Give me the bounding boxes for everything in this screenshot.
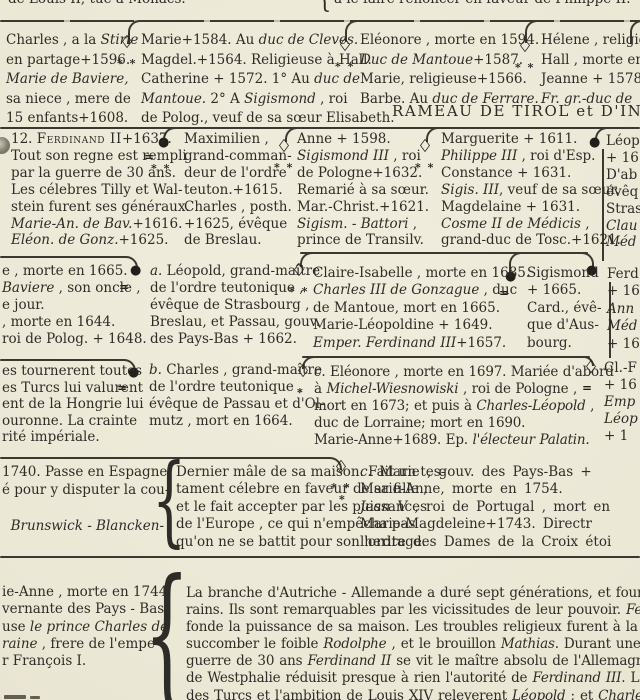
genealogy-entry: Charles , a la Stirieen partage+1596.Mar…: [6, 31, 138, 129]
generation-divider-rule: [300, 252, 588, 254]
genealogy-entry: Sigismond+ 1665.Card., évê-que d'Aus-bou…: [527, 265, 602, 352]
generation-divider-rule: [0, 20, 640, 22]
generation-divider-rule: [0, 556, 640, 558]
genealogy-entry: a. Léopold, grand-maîtrede l'ordre teuto…: [150, 263, 320, 348]
cropped-top-line-right: a le faire renoncer en faveur de Philipp…: [334, 0, 631, 7]
generation-divider-rule: [302, 356, 590, 358]
scanned-genealogy-page: de Louis II, tué à Mohacs. { a le faire …: [0, 0, 640, 700]
genealogy-entry: c. Marie , gouv. des Pays-Bas +Marie-Ann…: [360, 464, 611, 551]
genealogy-entry: ie-Anne , morte en 1744.vernante des Pay…: [2, 584, 172, 670]
genealogy-entry: e , morte en 1665.Baviere , son oncle ,e…: [2, 263, 147, 348]
genealogy-entry: Eléonore , morte en 1594.Duc de Mantoue+…: [360, 31, 539, 109]
generation-divider-rule: [0, 457, 300, 459]
genealogy-entry: Hélene , religieHall , morte en 1Jeanne …: [541, 31, 640, 109]
genealogy-entry: 12. Ferdinand II+1637.Tout son regne est…: [11, 131, 190, 249]
left-edge-ornament: [0, 137, 10, 154]
genealogy-entry: b. Charles , grand-maîtrede l'ordre teut…: [149, 362, 325, 430]
genealogy-entry: Cl.-F+ 16EmpLéop+ 1: [604, 360, 638, 445]
genealogy-entry: 1740. Passe en Espagneé pour y disputer …: [2, 463, 169, 535]
genealogy-entry: Maximilien ,grand-comman-deur de l'ordre…: [184, 131, 292, 249]
generation-divider-rule: [0, 256, 122, 258]
cut-text-smudge: [4, 695, 26, 699]
grouping-brace-top: {: [318, 0, 331, 11]
generation-divider-rule: [0, 359, 120, 361]
genealogy-entry: Marie+1584. Au duc de Cleves.Magdel.+156…: [141, 31, 395, 129]
cut-text-smudge: [30, 696, 40, 699]
genealogy-entry: Ferd+ 16AnnMéd+ 16: [607, 266, 640, 353]
cropped-top-line-left: de Louis II, tué à Mohacs.: [8, 0, 186, 7]
genealogy-entry: Claire-Isabelle , morte en 1685.Charles …: [313, 265, 530, 352]
genealogy-entry: Marguerite + 1611.Philippe III , roi d'E…: [441, 131, 621, 249]
genealogy-entry: c. Eléonore , morte en 1697. Mariée d'ab…: [314, 364, 614, 449]
summary-paragraph: La branche d'Autriche - Allemande a duré…: [186, 585, 640, 700]
genealogy-entry: Léop+ 16D'abévêqStrasbClauMéd: [606, 133, 640, 251]
genealogy-entry: Anne + 1598.Sigismond III , roide Pologn…: [297, 131, 429, 249]
genealogy-entry: es tournerent touteses Turcs lui valuren…: [2, 363, 144, 446]
